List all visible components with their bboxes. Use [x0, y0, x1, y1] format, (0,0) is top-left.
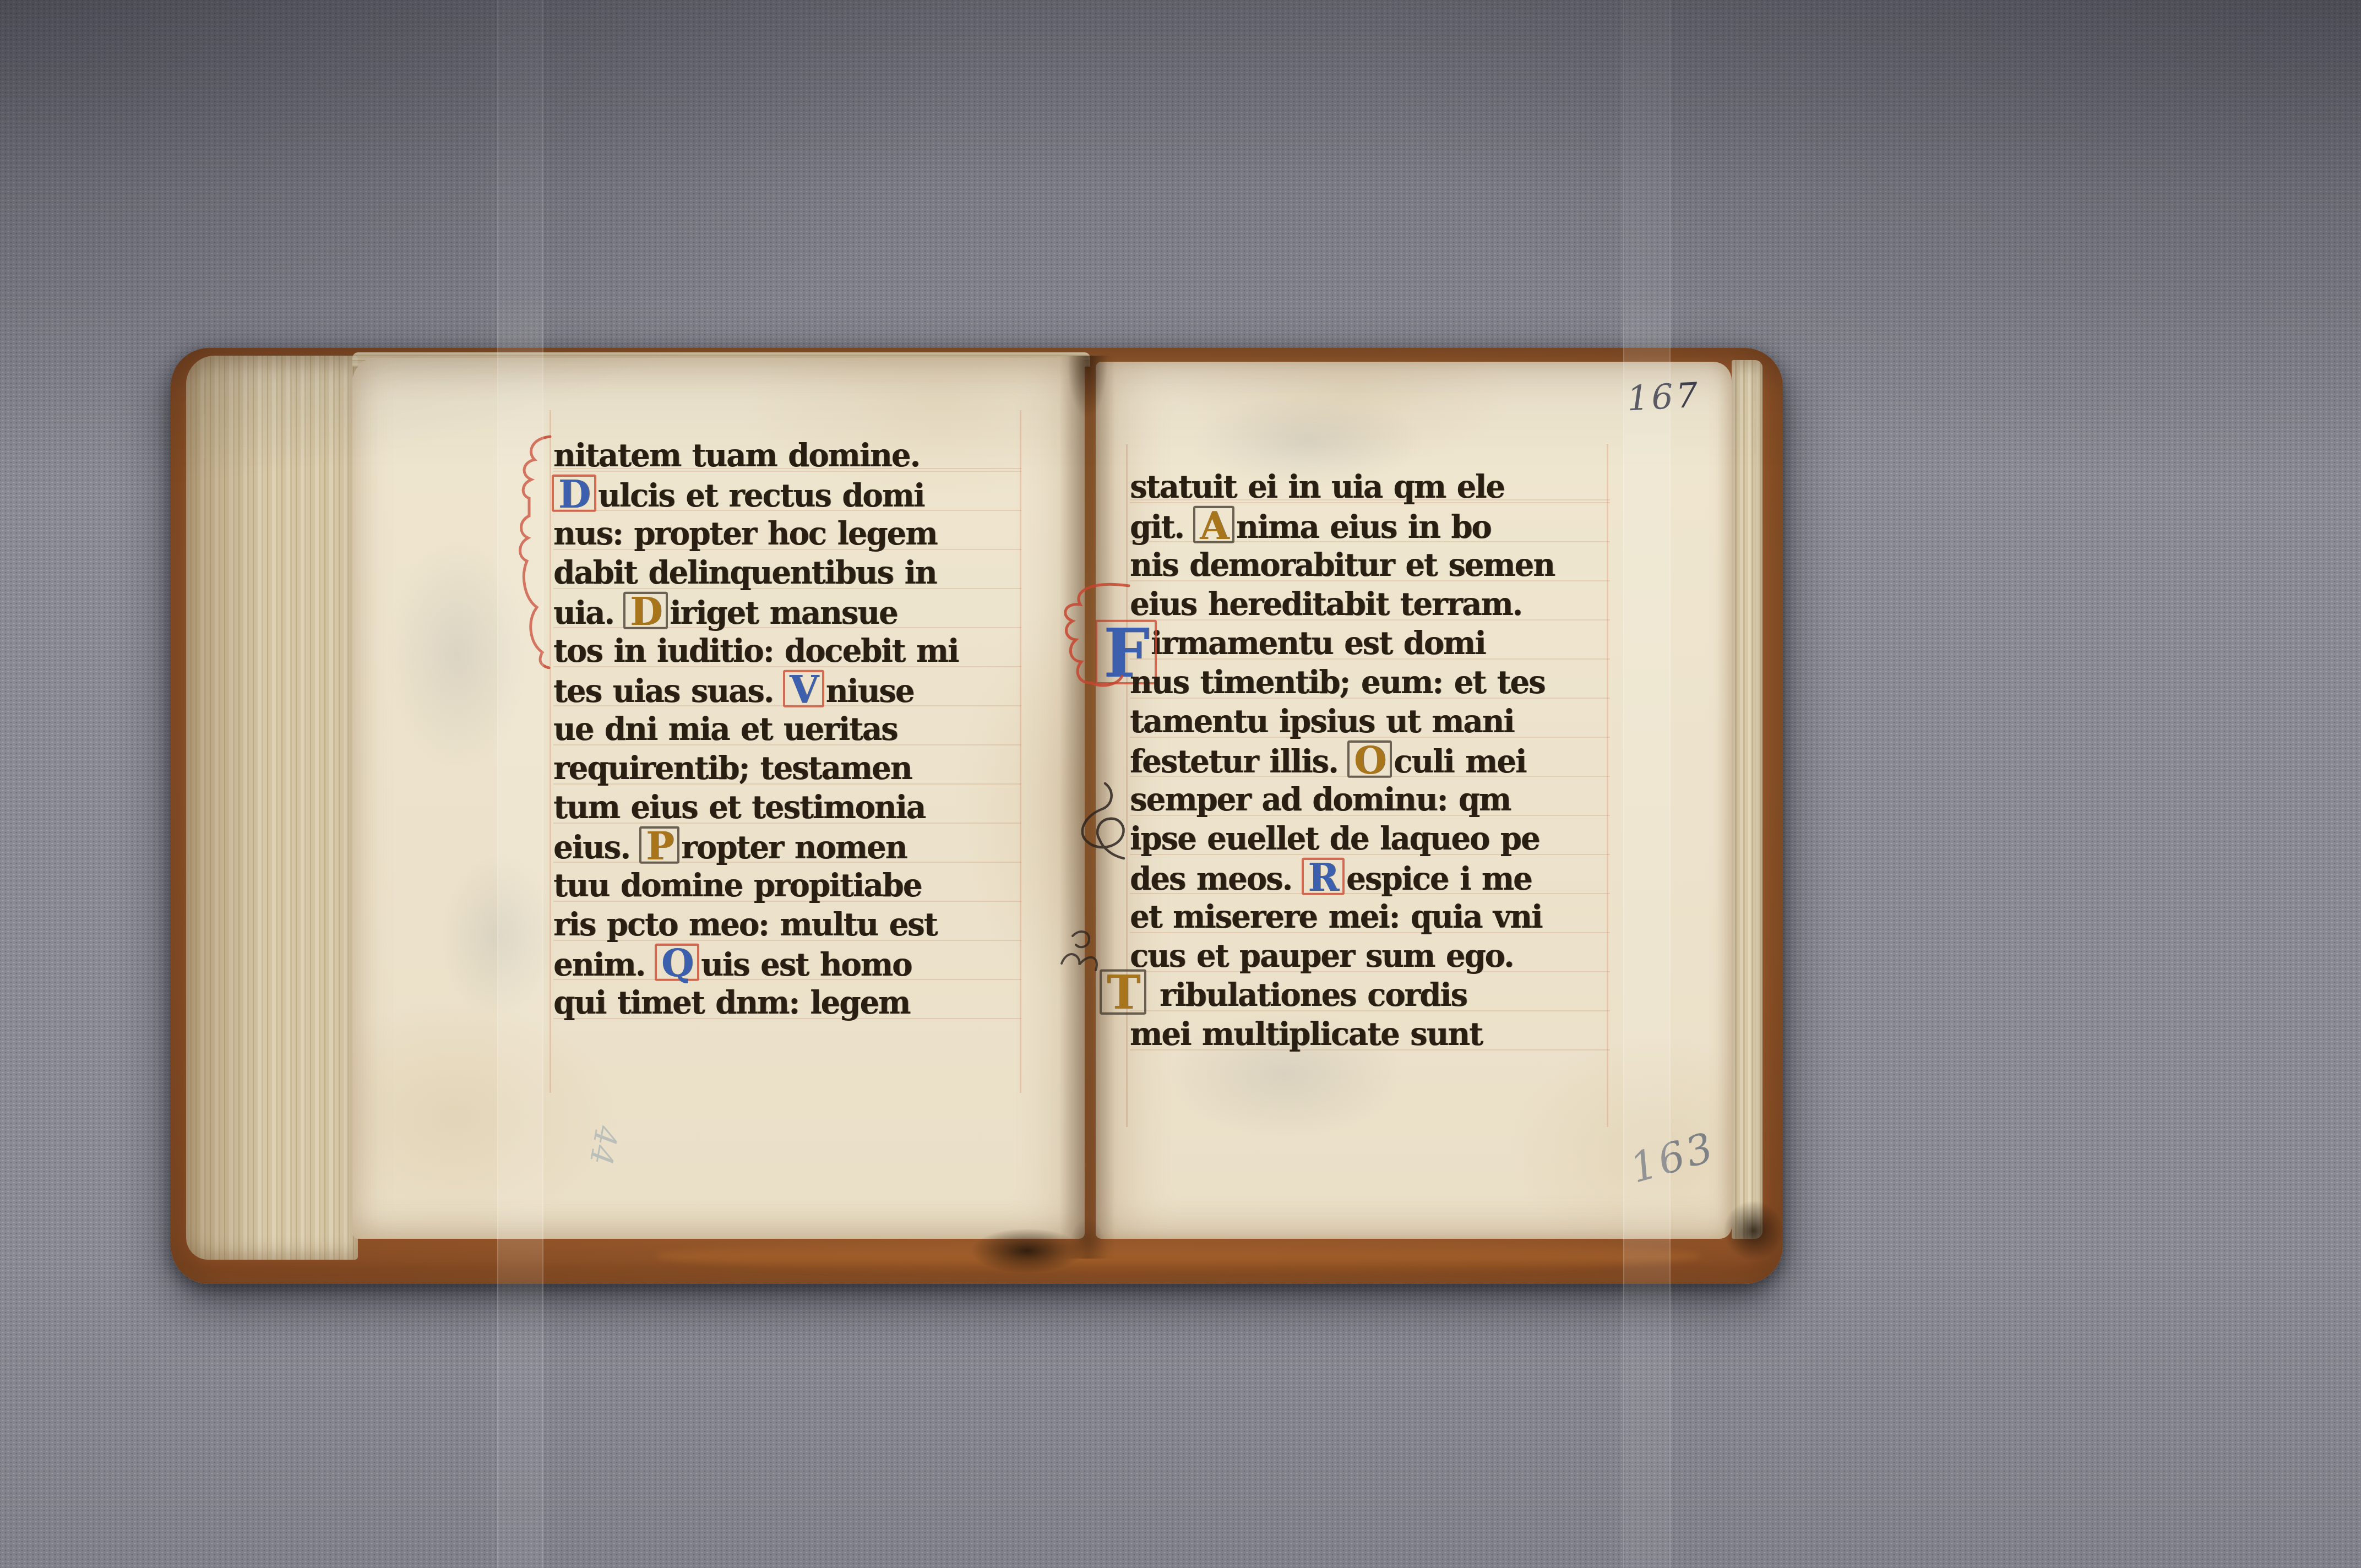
leather-wear-corner [1723, 1200, 1784, 1261]
black-pen-squiggle [1056, 924, 1111, 979]
manuscript-line: cus et pauper sum ego. [1130, 938, 1610, 978]
illuminated-initial: P [641, 829, 678, 863]
manuscript-line: uia. Diriget mansue [553, 594, 1021, 634]
manuscript-line: tos in iuditio: docebit mi [553, 633, 1021, 673]
manuscript-line: ue dni mia et ueritas [553, 711, 1021, 751]
line-text: ulcis et rectus domi [598, 477, 924, 514]
manuscript-line: ipse euellet de laqueo pe [1130, 820, 1610, 861]
manuscript-line: tes uias suas. Vniuse [553, 672, 1021, 712]
manuscript-line: ris pcto meo: multu est [553, 906, 1021, 946]
page-stack-right-edge [1732, 360, 1762, 1239]
manuscript-line: git. Anima eius in bo [1130, 508, 1610, 548]
line-text: semper ad dominu: qm [1130, 781, 1510, 819]
line-text: espice i me [1346, 860, 1531, 897]
line-text: nitatem tuam domine. [553, 437, 920, 475]
ghost-smudge [385, 540, 529, 771]
line-text: qui timet dnm: legem [553, 984, 910, 1022]
right-page: statuit ei in uia qm ele git. Anima eius… [1096, 362, 1732, 1239]
manuscript-line: des meos. Respice i me [1130, 859, 1610, 900]
manuscript-line: nis demorabitur et semen [1130, 547, 1610, 587]
line-text: ropter nomen [681, 829, 906, 866]
line-text: ue dni mia et ueritas [553, 711, 897, 748]
manuscript-line: enim. Quis est homo [553, 945, 1021, 986]
folio-number-top: 167 [1626, 375, 1701, 419]
line-text: culi mei [1394, 743, 1526, 780]
photograph-stage: nitatem tuam domine. Dulcis et rectus do… [0, 0, 2361, 1568]
line-text: des meos. [1130, 860, 1303, 897]
manuscript-line: requirentib; testamen [553, 750, 1021, 790]
line-text: ris pcto meo: multu est [553, 906, 937, 944]
line-text: uis est homo [701, 946, 911, 983]
illuminated-initial: Q [656, 946, 698, 981]
line-text: nus timentib; eum: et tes [1130, 664, 1544, 701]
manuscript-line: Firmamentu est domi [1130, 625, 1610, 665]
ghost-smudge [440, 853, 556, 1019]
line-text: tos in iuditio: docebit mi [553, 633, 958, 670]
black-pen-flourish [1071, 779, 1131, 873]
line-text: et miserere mei: quia vni [1130, 899, 1542, 936]
illuminated-initial: V [785, 673, 823, 707]
line-text: statuit ei in uia qm ele [1130, 469, 1504, 506]
line-text: git. [1130, 508, 1195, 546]
line-text: dabit delinquentibus in [553, 554, 937, 592]
line-text: tes uias suas. [553, 672, 785, 710]
manuscript-line: eius. Propter nomen [553, 828, 1021, 868]
manuscript-line: et miserere mei: quia vni [1130, 899, 1610, 939]
page-stack-left-edge [186, 356, 358, 1260]
line-text: niuse [826, 672, 914, 710]
illuminated-initial: A [1195, 509, 1233, 543]
line-text: tuu domine propitiabe [553, 867, 921, 905]
left-page: nitatem tuam domine. Dulcis et rectus do… [352, 358, 1085, 1239]
manuscript-line: mei multiplicate sunt [1130, 1016, 1610, 1056]
manuscript-line: semper ad dominu: qm [1130, 781, 1610, 821]
line-text: requirentib; testamen [553, 750, 911, 787]
book: nitatem tuam domine. Dulcis et rectus do… [171, 348, 1783, 1284]
line-text: festetur illis. [1130, 743, 1349, 780]
line-text: eius. [553, 829, 641, 866]
manuscript-line: nitatem tuam domine. [553, 437, 1021, 477]
line-text: enim. [553, 946, 656, 983]
pencil-mark: 44 [582, 1123, 624, 1168]
line-text: cus et pauper sum ego. [1130, 938, 1513, 975]
line-text: ribulationes cordis [1160, 977, 1467, 1014]
line-text: eius hereditabit terram. [1130, 586, 1522, 623]
red-penwork-flourish [1056, 579, 1133, 698]
line-text: nus: propter hoc legem [553, 515, 937, 553]
right-text-block: statuit ei in uia qm ele git. Anima eius… [1130, 469, 1610, 1058]
left-text-block: nitatem tuam domine. Dulcis et rectus do… [553, 438, 1021, 1027]
line-text: tum eius et testimonia [553, 789, 925, 826]
manuscript-line: nus: propter hoc legem [553, 515, 1021, 556]
leather-rust-streak [655, 1239, 1701, 1273]
line-text: irmamentu est domi [1151, 625, 1486, 662]
manuscript-line: tum eius et testimonia [553, 789, 1021, 829]
manuscript-line: tuu domine propitiabe [553, 867, 1021, 907]
line-text: tamentu ipsius ut mani [1130, 703, 1514, 741]
line-text: mei multiplicate sunt [1130, 1016, 1482, 1053]
line-text: iriget mansue [670, 594, 897, 631]
leather-wear-gutter [972, 1229, 1082, 1273]
manuscript-line: eius hereditabit terram. [1130, 586, 1610, 626]
line-text: uia. [553, 594, 625, 631]
line-text: nima eius in bo [1236, 508, 1491, 546]
manuscript-line: qui timet dnm: legem [553, 984, 1021, 1025]
manuscript-line: dabit delinquentibus in [553, 554, 1021, 595]
illuminated-initial: D [553, 477, 595, 511]
illuminated-initial: R [1303, 861, 1343, 895]
manuscript-line: Tribulationes cordis [1130, 977, 1610, 1017]
manuscript-line: Dulcis et rectus domi [553, 476, 1021, 516]
illuminated-initial: D [625, 595, 666, 629]
manuscript-line: nus timentib; eum: et tes [1130, 664, 1610, 704]
line-text: ipse euellet de laqueo pe [1130, 820, 1539, 858]
illuminated-initial: O [1349, 743, 1390, 777]
line-text: nis demorabitur et semen [1130, 547, 1554, 584]
manuscript-line: festetur illis. Oculi mei [1130, 742, 1610, 782]
